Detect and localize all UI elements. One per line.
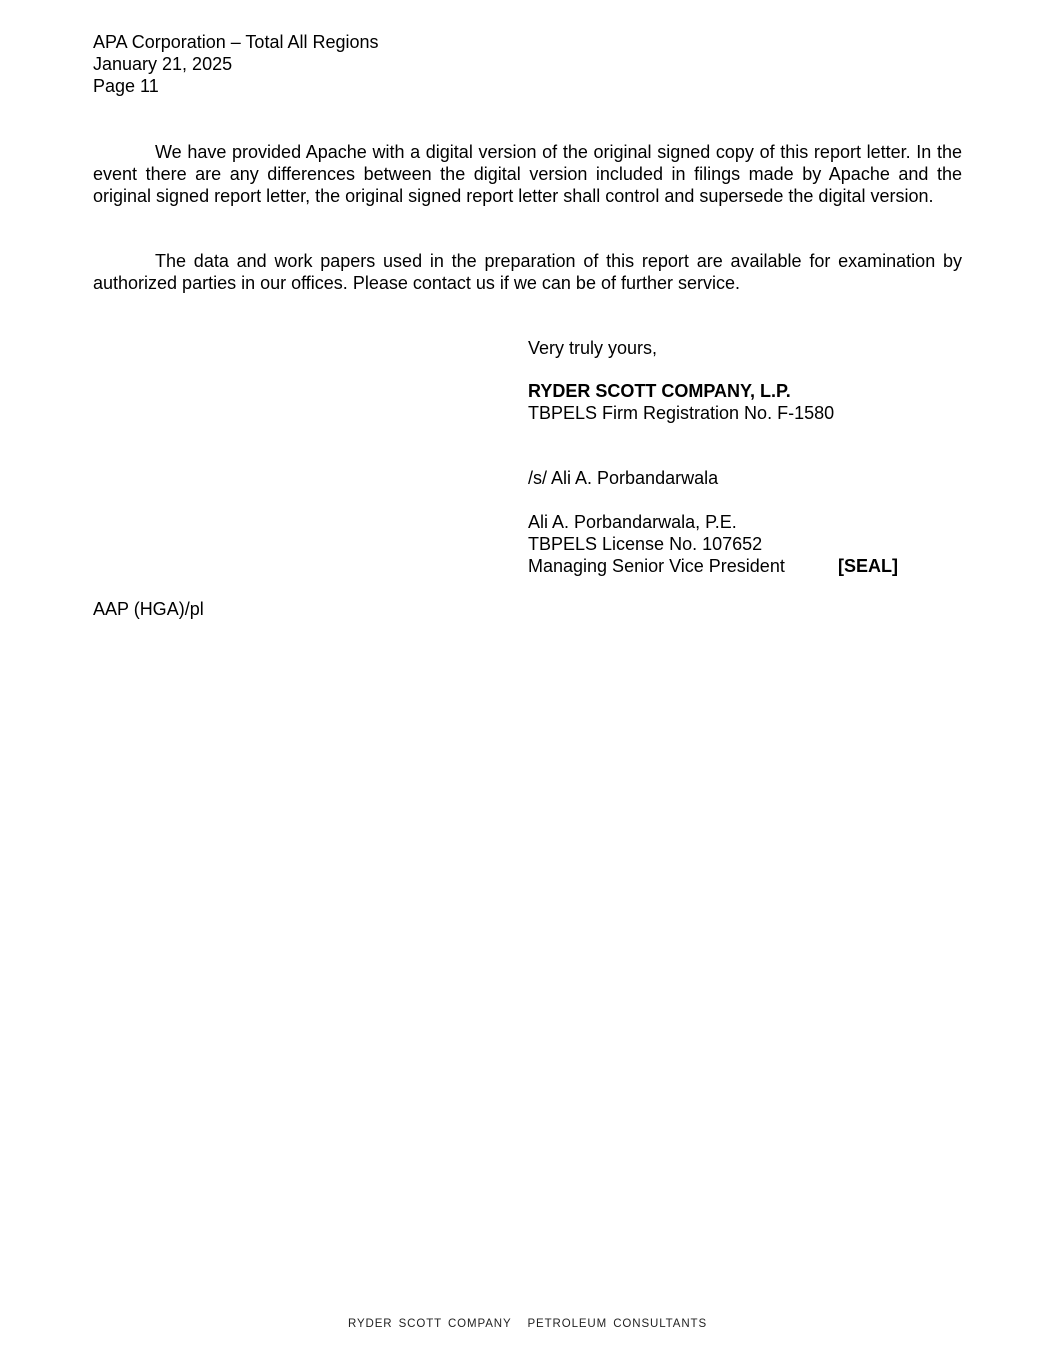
header-date: January 21, 2025	[93, 53, 379, 75]
header-company-region: APA Corporation – Total All Regions	[93, 31, 379, 53]
paragraph-work-papers: The data and work papers used in the pre…	[93, 250, 962, 294]
paragraph-digital-version: We have provided Apache with a digital v…	[93, 141, 962, 207]
firm-block: RYDER SCOTT COMPANY, L.P. TBPELS Firm Re…	[528, 380, 834, 424]
electronic-signature: /s/ Ali A. Porbandarwala	[528, 467, 718, 489]
firm-registration: TBPELS Firm Registration No. F-1580	[528, 402, 834, 424]
firm-name: RYDER SCOTT COMPANY, L.P.	[528, 380, 834, 402]
reference-initials: AAP (HGA)/pl	[93, 598, 204, 620]
signer-block: Ali A. Porbandarwala, P.E. TBPELS Licens…	[528, 511, 785, 577]
footer-company: RYDER SCOTT COMPANY	[348, 1318, 511, 1330]
signer-title: Managing Senior Vice President	[528, 555, 785, 577]
signer-name: Ali A. Porbandarwala, P.E.	[528, 511, 785, 533]
closing-salutation: Very truly yours,	[528, 337, 657, 359]
letter-header: APA Corporation – Total All Regions Janu…	[93, 31, 379, 97]
paragraph-text: We have provided Apache with a digital v…	[93, 142, 962, 206]
footer-tagline: PETROLEUM CONSULTANTS	[527, 1318, 707, 1330]
signer-license: TBPELS License No. 107652	[528, 533, 785, 555]
header-page-number: Page 11	[93, 75, 379, 97]
seal-label: [SEAL]	[838, 555, 898, 577]
document-page: APA Corporation – Total All Regions Janu…	[0, 0, 1055, 1365]
page-footer: RYDER SCOTT COMPANY PETROLEUM CONSULTANT…	[0, 1318, 1055, 1330]
paragraph-text: The data and work papers used in the pre…	[93, 251, 962, 293]
